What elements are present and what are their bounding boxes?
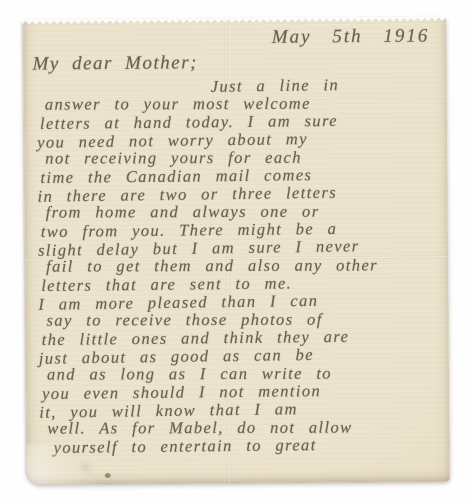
handwriting-line: yourself to entertain to great	[53, 435, 440, 457]
letter-paper: May 5th 1916 My dear Mother; Just a line…	[23, 17, 450, 484]
handwriting-line: Just a line in	[211, 75, 438, 96]
letter-content: May 5th 1916 My dear Mother; Just a line…	[23, 17, 450, 484]
letter-date: May 5th 1916	[32, 23, 437, 52]
scan-background: May 5th 1916 My dear Mother; Just a line…	[0, 0, 474, 500]
letter-salutation: My dear Mother;	[32, 49, 437, 78]
